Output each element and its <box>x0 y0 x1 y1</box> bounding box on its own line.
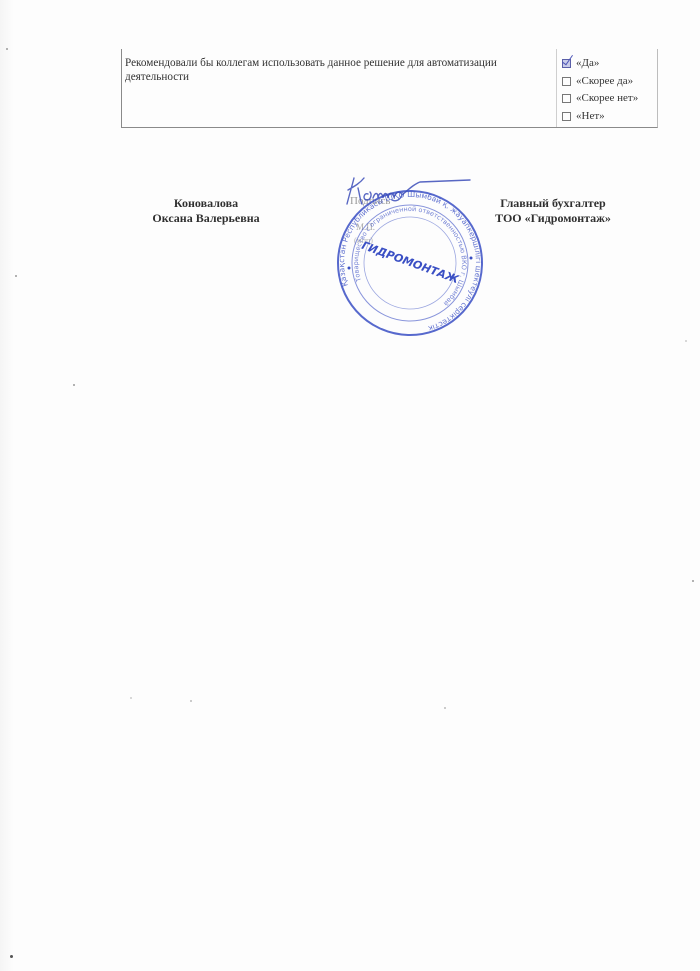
checkbox-checked-icon[interactable] <box>562 59 571 68</box>
position-title: Главный бухгалтер <box>478 196 628 211</box>
scan-speck <box>10 955 13 958</box>
checkbox-icon[interactable] <box>562 112 571 121</box>
scan-speck <box>73 384 75 386</box>
signatory-name: Коновалова Оксана Валерьевна <box>140 196 272 226</box>
signatory-position: Главный бухгалтер ТОО «Гидромонтаж» <box>478 196 628 226</box>
svg-text:ГИДРОМОНТАЖ: ГИДРОМОНТАЖ <box>360 239 461 286</box>
checkbox-icon[interactable] <box>562 77 571 86</box>
option-rather-no[interactable]: «Скорее нет» <box>562 90 657 108</box>
scan-speck <box>444 707 446 709</box>
company-stamp-icon: Қазақстан Республикасы ШҚО Шымбай қ. жау… <box>330 188 490 338</box>
option-rather-yes[interactable]: «Скорее да» <box>562 73 657 91</box>
handwritten-signature-icon <box>340 170 480 210</box>
survey-table-row: Рекомендовали бы коллегам использовать д… <box>121 49 658 128</box>
scan-speck <box>190 700 192 702</box>
scan-speck <box>6 48 8 50</box>
option-no[interactable]: «Нет» <box>562 108 657 126</box>
option-label: «Да» <box>576 55 599 73</box>
scan-speck <box>130 697 132 699</box>
options-cell: «Да» «Скорее да» «Скорее нет» «Нет» <box>557 49 657 127</box>
option-yes[interactable]: «Да» <box>562 55 657 73</box>
option-label: «Скорее нет» <box>576 90 638 108</box>
scanned-page: Рекомендовали бы коллегам использовать д… <box>0 0 700 971</box>
checkbox-icon[interactable] <box>562 94 571 103</box>
company-name: ТОО «Гидромонтаж» <box>478 211 628 226</box>
option-label: «Скорее да» <box>576 73 633 91</box>
signatory-given-names: Оксана Валерьевна <box>140 211 272 226</box>
question-cell: Рекомендовали бы коллегам использовать д… <box>122 49 557 127</box>
option-label: «Нет» <box>576 108 605 126</box>
scan-speck <box>692 580 694 582</box>
scan-speck <box>15 275 17 277</box>
signatory-surname: Коновалова <box>140 196 272 211</box>
scan-speck <box>685 340 687 342</box>
